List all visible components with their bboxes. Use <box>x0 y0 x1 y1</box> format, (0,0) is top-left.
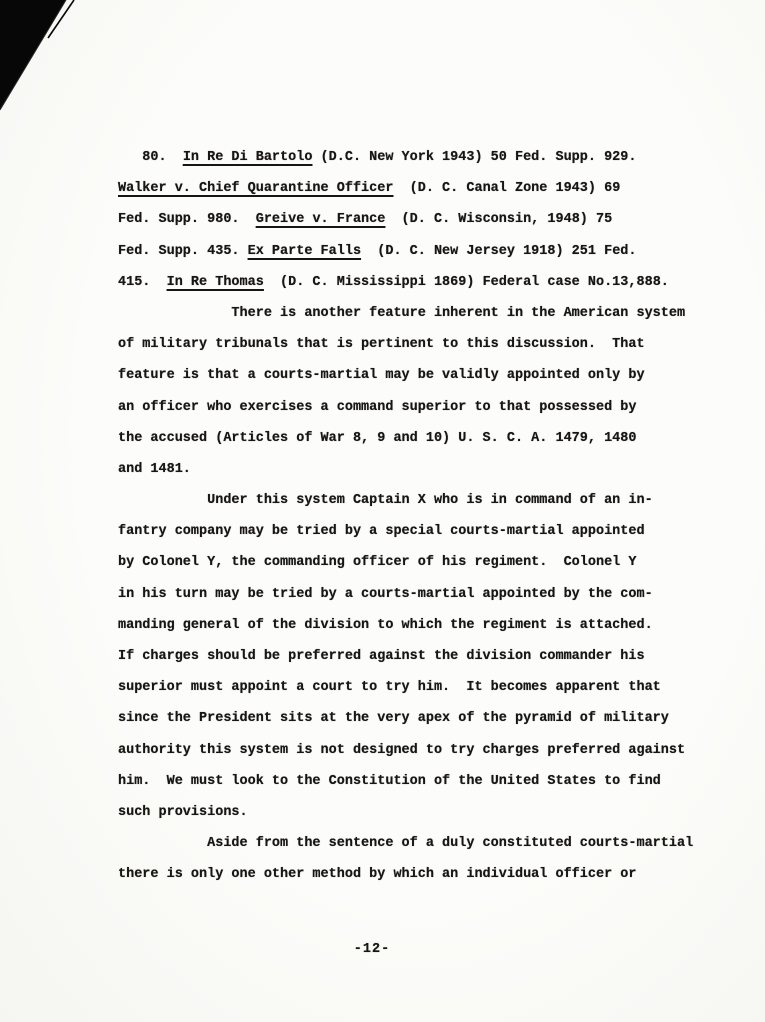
text-segment: manding general of the division to which… <box>118 618 653 633</box>
text-segment: the accused (Articles of War 8, 9 and 10… <box>118 431 636 446</box>
paragraph-aside: Aside from the sentence of a duly consti… <box>118 828 718 890</box>
scan-corner-fold-icon <box>0 0 130 130</box>
text-segment: since the President sits at the very ape… <box>118 711 669 726</box>
text-segment: feature is that a courts-martial may be … <box>118 368 645 383</box>
text-segment: in his turn may be tried by a courts-mar… <box>118 587 653 602</box>
text-line: feature is that a courts-martial may be … <box>118 360 718 391</box>
text-line: Walker v. Chief Quarantine Officer (D. C… <box>118 173 718 204</box>
footnote-citations: 80. In Re Di Bartolo (D.C. New York 1943… <box>118 142 718 298</box>
text-segment: 415. <box>118 275 167 290</box>
text-line: the accused (Articles of War 8, 9 and 10… <box>118 423 718 454</box>
text-line: superior must appoint a court to try him… <box>118 672 718 703</box>
text-line: If charges should be preferred against t… <box>118 641 718 672</box>
text-segment: there is only one other method by which … <box>118 867 636 882</box>
text-segment: an officer who exercises a command super… <box>118 400 636 415</box>
text-segment: 80. <box>118 150 183 165</box>
text-segment: Fed. Supp. 980. <box>118 212 256 227</box>
text-line: of military tribunals that is pertinent … <box>118 329 718 360</box>
text-line: There is another feature inherent in the… <box>118 298 718 329</box>
paragraph-captain-x: Under this system Captain X who is in co… <box>118 485 718 828</box>
text-line: Fed. Supp. 435. Ex Parte Falls (D. C. Ne… <box>118 236 718 267</box>
paragraph-american-system: There is another feature inherent in the… <box>118 298 718 485</box>
text-line: Aside from the sentence of a duly consti… <box>118 828 718 859</box>
text-segment: Under this system Captain X who is in co… <box>118 493 653 508</box>
text-segment: him. We must look to the Constitution of… <box>118 774 661 789</box>
text-line: Fed. Supp. 980. Greive v. France (D. C. … <box>118 204 718 235</box>
case-citation: Ex Parte Falls <box>248 244 361 259</box>
text-segment: authority this system is not designed to… <box>118 743 685 758</box>
case-citation: In Re Thomas <box>167 275 264 290</box>
text-segment: There is another feature inherent in the… <box>118 306 685 321</box>
text-line: Under this system Captain X who is in co… <box>118 485 718 516</box>
text-line: him. We must look to the Constitution of… <box>118 766 718 797</box>
text-segment: by Colonel Y, the commanding officer of … <box>118 555 636 570</box>
text-segment: (D. C. New Jersey 1918) 251 Fed. <box>361 244 636 259</box>
text-line: authority this system is not designed to… <box>118 735 718 766</box>
text-segment: If charges should be preferred against t… <box>118 649 645 664</box>
text-segment: of military tribunals that is pertinent … <box>118 337 645 352</box>
document-page: 80. In Re Di Bartolo (D.C. New York 1943… <box>0 0 765 1022</box>
text-line: and 1481. <box>118 454 718 485</box>
text-segment: fantry company may be tried by a special… <box>118 524 645 539</box>
text-segment: (D. C. Wisconsin, 1948) 75 <box>385 212 612 227</box>
text-segment: such provisions. <box>118 805 248 820</box>
text-segment: Aside from the sentence of a duly consti… <box>118 836 693 851</box>
case-citation: Greive v. France <box>256 212 386 227</box>
text-segment: superior must appoint a court to try him… <box>118 680 661 695</box>
text-segment: (D. C. Mississippi 1869) Federal case No… <box>264 275 669 290</box>
document-text: 80. In Re Di Bartolo (D.C. New York 1943… <box>118 142 718 891</box>
page-number: -12- <box>0 942 744 957</box>
text-segment: Fed. Supp. 435. <box>118 244 248 259</box>
text-line: 80. In Re Di Bartolo (D.C. New York 1943… <box>118 142 718 173</box>
text-line: fantry company may be tried by a special… <box>118 516 718 547</box>
text-line: manding general of the division to which… <box>118 610 718 641</box>
text-line: since the President sits at the very ape… <box>118 703 718 734</box>
text-line: there is only one other method by which … <box>118 859 718 890</box>
text-line: an officer who exercises a command super… <box>118 392 718 423</box>
text-line: 415. In Re Thomas (D. C. Mississippi 186… <box>118 267 718 298</box>
text-segment: (D.C. New York 1943) 50 Fed. Supp. 929. <box>312 150 636 165</box>
case-citation: Walker v. Chief Quarantine Officer <box>118 181 393 196</box>
text-line: such provisions. <box>118 797 718 828</box>
text-line: in his turn may be tried by a courts-mar… <box>118 579 718 610</box>
text-segment: (D. C. Canal Zone 1943) 69 <box>393 181 620 196</box>
text-segment: and 1481. <box>118 462 191 477</box>
text-line: by Colonel Y, the commanding officer of … <box>118 547 718 578</box>
case-citation: In Re Di Bartolo <box>183 150 313 165</box>
